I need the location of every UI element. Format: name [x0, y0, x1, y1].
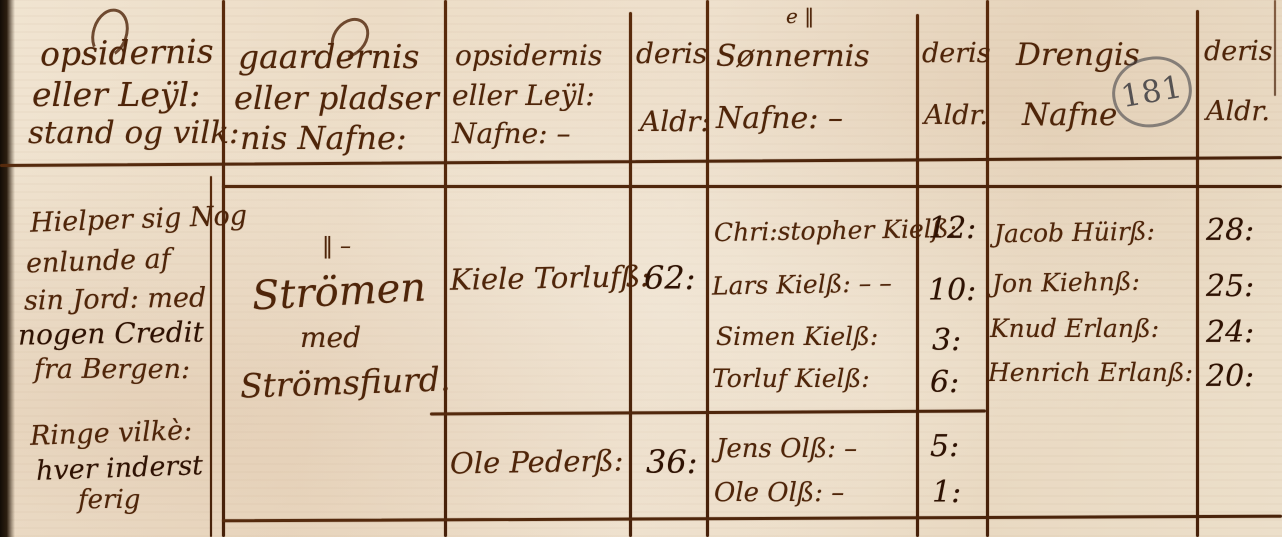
son3-age: 3:: [932, 326, 961, 356]
header-col7-line1: Drengis: [1016, 40, 1140, 71]
notes2-line3: ferig: [78, 487, 140, 513]
notes2-line2: hver inderst: [36, 452, 204, 485]
header-col2-line3: nis Nafne:: [240, 122, 407, 154]
notes1-line1: Hielper sig Nog: [30, 202, 248, 237]
header-col8-line1: deris: [1204, 38, 1273, 65]
header-col4-line2: Aldr:: [640, 108, 710, 136]
dreng4-age: 20:: [1206, 362, 1254, 392]
header-bottom-rule-2: [222, 185, 1282, 188]
son1-age: 12:: [928, 214, 976, 244]
bottom-rule: [222, 515, 1282, 523]
opsidder1-age: 62:: [644, 262, 696, 294]
dreng3-name: Knud Erlanß:: [990, 316, 1159, 341]
dreng2-name: Jon Kiehnß:: [992, 269, 1140, 297]
header-col6-line1: deris: [922, 40, 991, 67]
book-binding-edge: [0, 0, 15, 537]
son4-age: 6:: [930, 368, 959, 398]
dreng1-name: Jacob Hüirß:: [994, 219, 1155, 247]
header-col3-line1: opsidernis: [455, 42, 602, 70]
notes1-line5: fra Bergen:: [34, 356, 190, 383]
son5-name: Jens Olß: –: [716, 436, 857, 462]
header-col7-line2: Nafne: [1022, 100, 1117, 131]
farm-name-line1: Strömen: [251, 267, 427, 316]
dreng1-age: 28:: [1206, 216, 1254, 246]
header-bottom-rule: [0, 156, 1282, 167]
column-rule-5: [916, 14, 919, 537]
header-col1-line1: opsidernis: [40, 34, 214, 70]
dreng2-age: 25:: [1206, 272, 1254, 302]
header-col6-line2: Aldr.: [924, 102, 988, 129]
notes1-line2: enlunde af: [26, 245, 172, 277]
column-rule-1: [222, 0, 225, 537]
notes1-line4: nogen Credit: [18, 318, 204, 349]
column-rule-4: [706, 0, 709, 537]
farm-name-line3: Strömsfiurd.: [239, 362, 450, 402]
header-col5-flourish: e ‖: [786, 6, 814, 26]
opsidder2-age: 36:: [646, 446, 698, 478]
page-right-edge-rule: [1274, 0, 1276, 96]
dreng4-name: Henrich Erlanß:: [988, 360, 1193, 385]
son6-age: 1:: [932, 478, 961, 508]
header-col4-line1: deris: [636, 40, 707, 68]
column-rule-2: [444, 0, 447, 537]
column-rule-7: [1196, 10, 1199, 537]
dreng3-age: 24:: [1206, 318, 1254, 348]
opsidder2-name: Ole Pederß:: [450, 446, 624, 478]
son4-name: Torluf Kielß:: [712, 366, 870, 391]
farm-name-flourish: ‖ –: [322, 236, 351, 258]
header-col2-line2: eller pladser: [234, 82, 439, 114]
header-col1-line2: eller Leÿl:: [32, 78, 200, 111]
son1-name: Chri:stopher Kielß:: [714, 216, 957, 245]
son2-age: 10:: [928, 276, 976, 306]
header-col8-line2: Aldr.: [1206, 98, 1270, 125]
header-col3-line2: eller Leÿl:: [452, 82, 595, 110]
opsidder1-name: Kiele Torlufß:: [450, 262, 650, 294]
notes2-line1: Ringe vilkè:: [30, 417, 193, 450]
page-number: 181: [1118, 69, 1185, 115]
header-col5-line2: Nafne: –: [716, 104, 843, 134]
column-rule-6: [986, 0, 989, 537]
son3-name: Simen Kielß:: [716, 324, 878, 349]
son2-name: Lars Kielß: – –: [712, 270, 892, 298]
header-col3-line3: Nafne: –: [452, 120, 571, 148]
son5-age: 5:: [930, 432, 959, 462]
notes1-line3: sin Jord: med: [24, 284, 207, 314]
header-col5-line1: Sønnernis: [716, 42, 870, 72]
farm-name-line2: med: [300, 324, 361, 352]
header-col1-line3: stand og vilk:: [28, 118, 239, 149]
header-col2-line1: gaardernis: [238, 40, 419, 73]
census-page-scan: opsidernis eller Leÿl: stand og vilk: ga…: [0, 0, 1282, 537]
son6-name: Ole Olß: –: [714, 480, 844, 506]
